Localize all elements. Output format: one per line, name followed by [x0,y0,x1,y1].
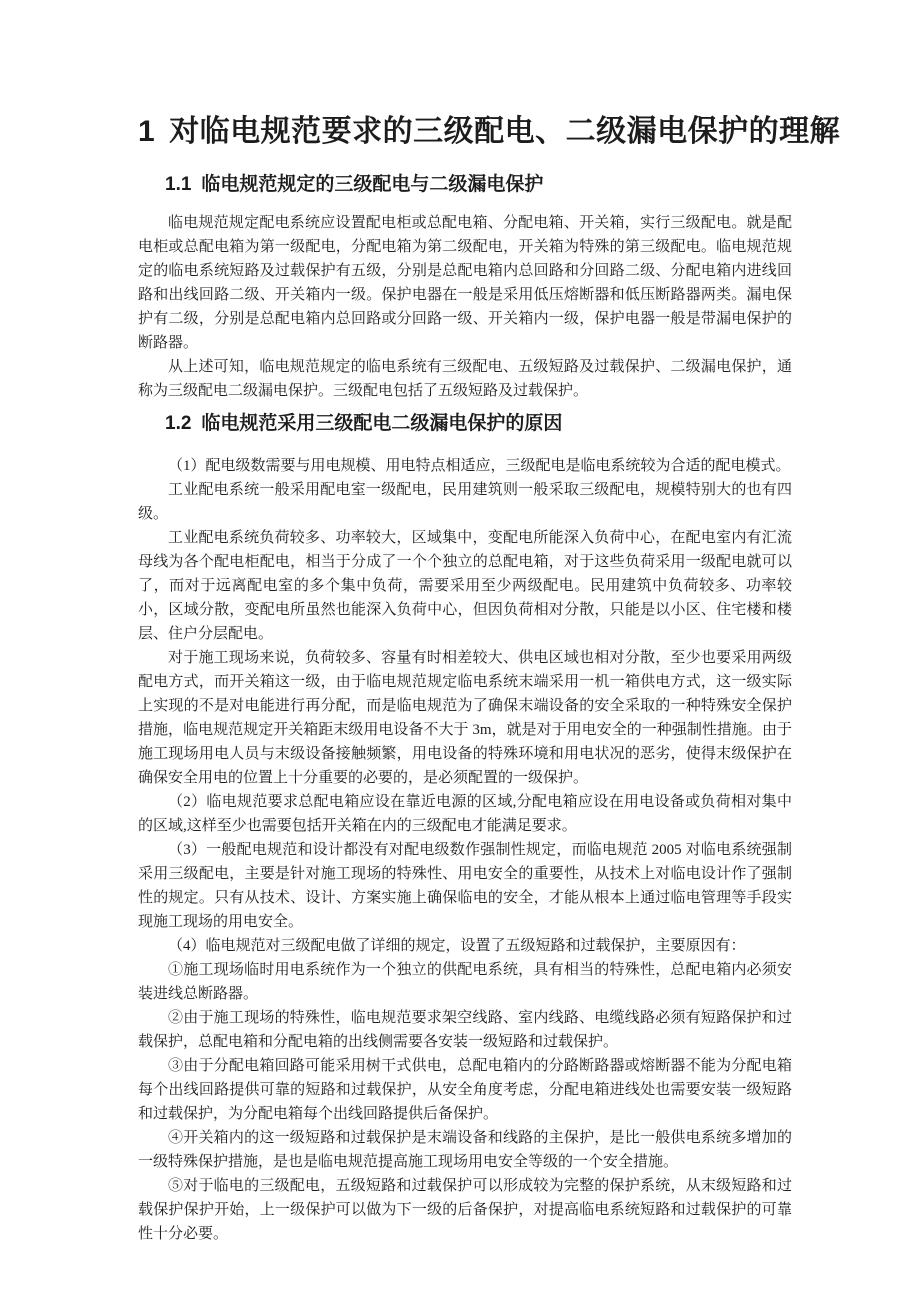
paragraph: 对于施工现场来说，负荷较多、容量有时相差较大、供电区域也相对分散，至少也要采用两… [138,646,792,790]
paragraph: （2）临电规范要求总配电箱应设在靠近电源的区域,分配电箱应设在用电设备或负荷相对… [138,790,792,838]
section-heading-1-1: 1.1临电规范规定的三级配电与二级漏电保护 [138,172,792,198]
page-content: 1对临电规范要求的三级配电、二级漏电保护的理解 1.1临电规范规定的三级配电与二… [0,0,920,1246]
paragraph: （3）一般配电规范和设计都没有对配电级数作强制性规定，而临电规范 2005 对临… [138,838,792,934]
paragraph: （4）临电规范对三级配电做了详细的规定，设置了五级短路和过载保护，主要原因有： [138,934,792,958]
paragraph: ⑤对于临电的三级配电，五级短路和过载保护可以形成较为完整的保护系统，从末级短路和… [138,1174,792,1246]
section-title: 临电规范采用三级配电二级漏电保护的原因 [201,413,562,434]
document-page: 1对临电规范要求的三级配电、二级漏电保护的理解 1.1临电规范规定的三级配电与二… [0,0,920,1302]
section-1-2-body: （1）配电级数需要与用电规模、用电特点相适应，三级配电是临电系统较为合适的配电模… [138,454,792,1246]
paragraph: 工业配电系统负荷较多、功率较大，区域集中，变配电所能深入负荷中心，在配电室内有汇… [138,526,792,646]
paragraph: （1）配电级数需要与用电规模、用电特点相适应，三级配电是临电系统较为合适的配电模… [138,454,792,478]
chapter-heading: 1对临电规范要求的三级配电、二级漏电保护的理解 [138,112,792,152]
paragraph: ④开关箱内的这一级短路和过载保护是末端设备和线路的主保护，是比一般供电系统多增加… [138,1126,792,1174]
paragraph: 工业配电系统一般采用配电室一级配电，民用建筑则一般采取三级配电，规模特别大的也有… [138,478,792,526]
chapter-number: 1 [138,115,155,148]
section-number: 1.2 [165,413,191,434]
chapter-title: 对临电规范要求的三级配电、二级漏电保护的理解 [169,115,840,148]
paragraph: ①施工现场临时用电系统作为一个独立的供配电系统，具有相当的特殊性，总配电箱内必须… [138,958,792,1006]
paragraph: ③由于分配电箱回路可能采用树干式供电，总配电箱内的分路断路器或熔断器不能为分配电… [138,1054,792,1126]
section-number: 1.1 [165,174,191,195]
paragraph: 临电规范规定配电系统应设置配电柜或总配电箱、分配电箱、开关箱，实行三级配电。就是… [138,211,792,355]
paragraph: ②由于施工现场的特殊性，临电规范要求架空线路、室内线路、电缆线路必须有短路保护和… [138,1006,792,1054]
section-title: 临电规范规定的三级配电与二级漏电保护 [201,174,543,195]
paragraph: 从上述可知，临电规范规定的临电系统有三级配电、五级短路及过载保护、二级漏电保护，… [138,355,792,403]
section-1-1-body: 临电规范规定配电系统应设置配电柜或总配电箱、分配电箱、开关箱，实行三级配电。就是… [138,211,792,403]
section-heading-1-2: 1.2临电规范采用三级配电二级漏电保护的原因 [138,411,792,437]
